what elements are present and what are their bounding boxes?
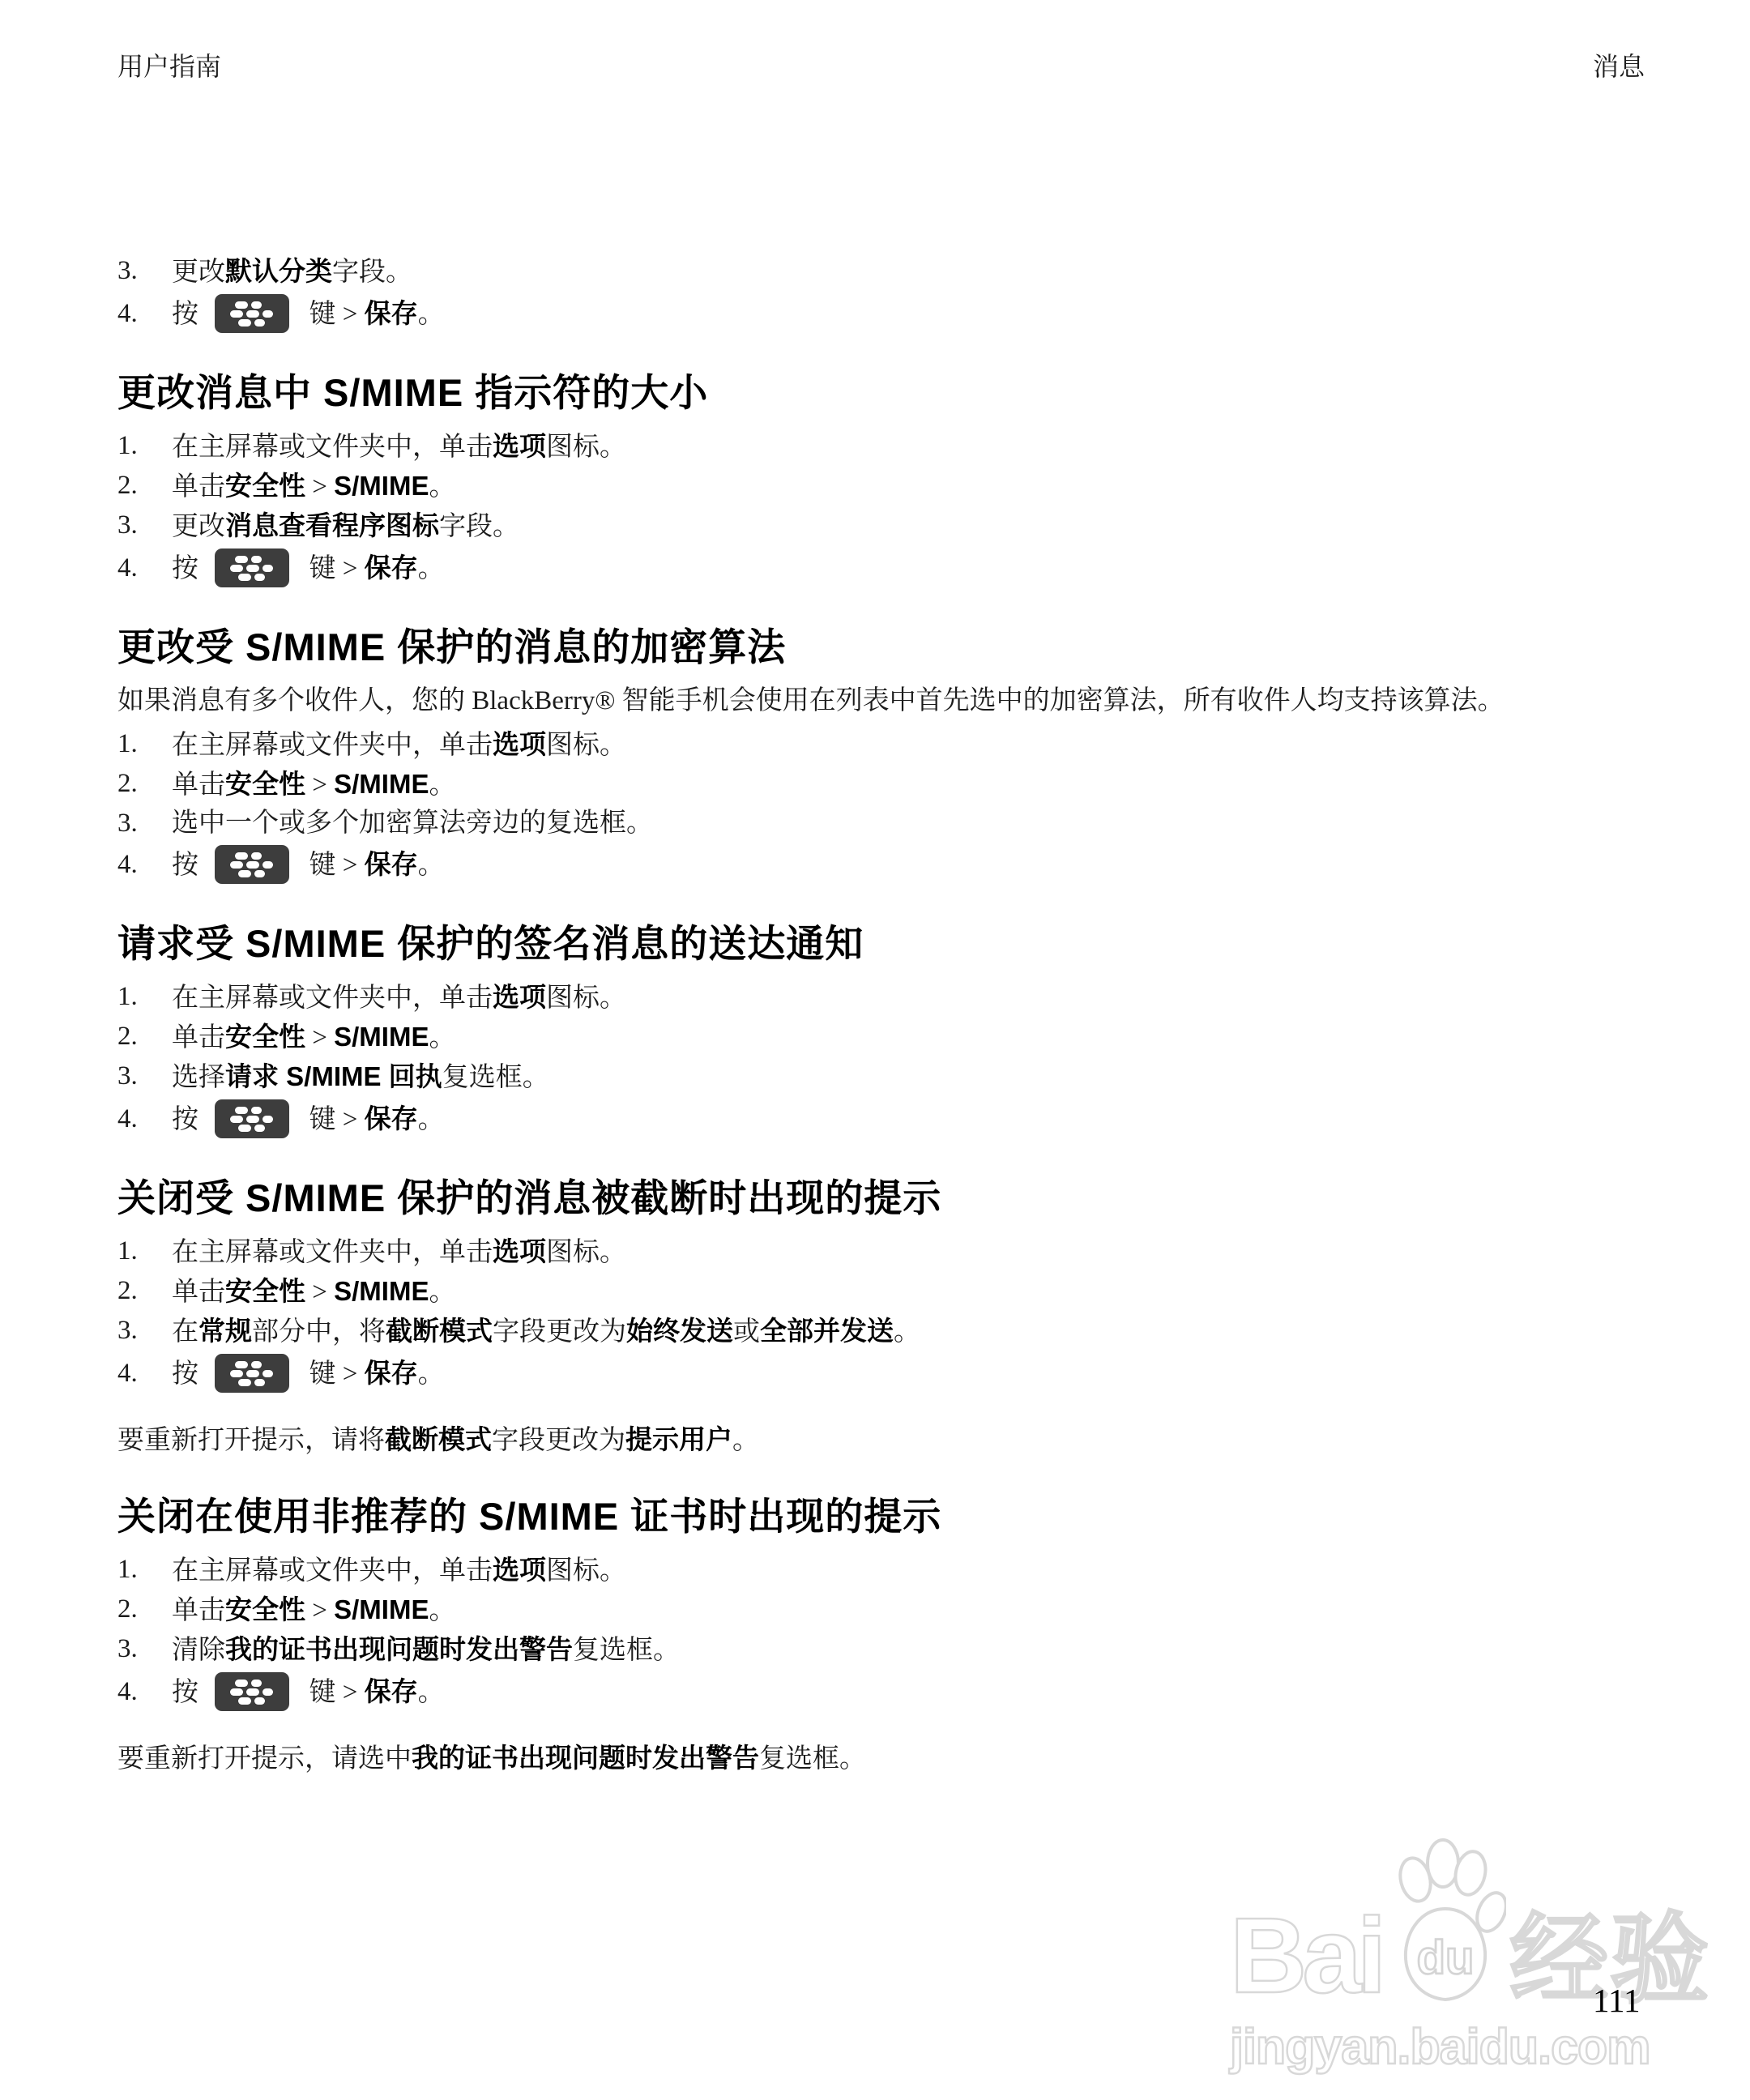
body-text: 单击 <box>172 1023 225 1052</box>
step-number: 4. <box>117 292 172 335</box>
section-heading: 请求受 S/MIME 保护的签名消息的送达通知 <box>117 921 1649 967</box>
emphasis-text: 提示用户 <box>625 1424 732 1454</box>
body-text: 。 <box>418 1105 445 1134</box>
step-number: 4. <box>117 1097 172 1141</box>
step-number: 3. <box>117 1057 172 1095</box>
emphasis-text: 安全性 <box>225 1022 305 1052</box>
list-item: 4.按 键 > 保存。 <box>117 292 1649 336</box>
step-text: 单击安全性 > S/MIME。 <box>172 765 1649 805</box>
emphasis-text: 截断模式 <box>386 1316 493 1346</box>
step-number: 2. <box>117 1272 172 1310</box>
emphasis-text: S/MIME <box>334 471 429 501</box>
step-number: 3. <box>117 805 172 843</box>
step-number: 2. <box>117 1590 172 1628</box>
list-item: 1.在主屏幕或文件夹中，单击选项图标。 <box>117 1232 1649 1272</box>
body-text: 选择 <box>172 1063 225 1092</box>
step-number: 1. <box>117 978 172 1016</box>
section-intro: 如果消息有多个收件人，您的 BlackBerry® 智能手机会使用在列表中首先选… <box>117 681 1649 720</box>
blackberry-key-icon <box>215 845 289 884</box>
emphasis-text: 安全性 <box>225 1276 305 1306</box>
body-text: 。 <box>418 1359 445 1389</box>
list-item: 2.单击安全性 > S/MIME。 <box>117 1272 1649 1312</box>
body-text: 。 <box>418 300 445 329</box>
body-text: 单击 <box>172 1596 225 1625</box>
blackberry-key-icon <box>215 1672 289 1711</box>
body-text: 单击 <box>172 770 225 800</box>
emphasis-text: 选项 <box>493 1236 546 1266</box>
emphasis-text: 选项 <box>493 431 546 461</box>
list-item: 1.在主屏幕或文件夹中，单击选项图标。 <box>117 725 1649 765</box>
emphasis-text: 始终发送 <box>626 1316 733 1346</box>
emphasis-text: 保存 <box>365 849 418 879</box>
list-item: 4.按 键 > 保存。 <box>117 546 1649 591</box>
body-text: 图标。 <box>546 731 626 760</box>
step-number: 4. <box>117 546 172 590</box>
body-text: 。 <box>894 1317 920 1347</box>
body-text: > <box>305 770 334 800</box>
body-text: 图标。 <box>546 1556 626 1586</box>
emphasis-text: 保存 <box>365 553 418 583</box>
emphasis-text: S/MIME <box>334 1022 429 1052</box>
list-item: 4.按 键 > 保存。 <box>117 1670 1649 1714</box>
section: 关闭在使用非推荐的 S/MIME 证书时出现的提示1.在主屏幕或文件夹中，单击选… <box>117 1494 1649 1778</box>
section-container: 更改消息中 S/MIME 指示符的大小1.在主屏幕或文件夹中，单击选项图标。2.… <box>117 370 1649 1778</box>
blackberry-key-icon <box>215 294 289 333</box>
page-header: 用户指南 消息 <box>117 50 1645 83</box>
body-text: 图标。 <box>546 1238 626 1267</box>
body-text: 复选框。 <box>573 1636 680 1665</box>
body-text: 按 <box>172 554 205 583</box>
body-text: 复选框。 <box>759 1744 866 1773</box>
section: 更改受 S/MIME 保护的消息的加密算法如果消息有多个收件人，您的 Black… <box>117 625 1649 887</box>
step-number: 3. <box>117 1312 172 1350</box>
emphasis-text: 截断模式 <box>385 1424 492 1454</box>
body-text: 。 <box>418 851 445 880</box>
body-text: 按 <box>172 300 205 329</box>
emphasis-text: 默认分类 <box>225 256 332 286</box>
body-text: 更改 <box>172 258 225 287</box>
step-text: 在主屏幕或文件夹中，单击选项图标。 <box>172 1551 1649 1590</box>
step-text: 清除我的证书出现问题时发出警告复选框。 <box>172 1630 1649 1670</box>
body-text: 要重新打开提示，请将 <box>117 1426 385 1455</box>
emphasis-text: 选项 <box>493 729 546 759</box>
body-text: 部分中，将 <box>252 1317 386 1347</box>
step-text: 按 键 > 保存。 <box>172 1351 1649 1396</box>
emphasis-text: 保存 <box>365 298 418 328</box>
list-item: 2.单击安全性 > S/MIME。 <box>117 467 1649 506</box>
step-text: 按 键 > 保存。 <box>172 1097 1649 1142</box>
body-text: 在 <box>172 1317 198 1347</box>
section: 更改消息中 S/MIME 指示符的大小1.在主屏幕或文件夹中，单击选项图标。2.… <box>117 370 1649 591</box>
blackberry-key-icon <box>215 548 289 587</box>
step-text: 选中一个或多个加密算法旁边的复选框。 <box>172 805 1649 843</box>
section: 关闭受 S/MIME 保护的消息被截断时出现的提示1.在主屏幕或文件夹中，单击选… <box>117 1176 1649 1460</box>
emphasis-text: 消息查看程序图标 <box>225 510 439 540</box>
body-text: > <box>305 1023 334 1052</box>
body-text: 更改 <box>172 512 225 541</box>
body-text: 按 <box>172 851 205 880</box>
step-text: 在主屏幕或文件夹中，单击选项图标。 <box>172 978 1649 1018</box>
list-item: 3.更改消息查看程序图标字段。 <box>117 506 1649 546</box>
step-text: 选择请求 S/MIME 回执复选框。 <box>172 1057 1649 1097</box>
list-item: 2.单击安全性 > S/MIME。 <box>117 765 1649 805</box>
baidu-paw-icon: du <box>1385 1837 1506 2009</box>
list-item: 1.在主屏幕或文件夹中，单击选项图标。 <box>117 978 1649 1018</box>
step-number: 1. <box>117 725 172 763</box>
step-number: 4. <box>117 1351 172 1395</box>
body-text: 单击 <box>172 1278 225 1307</box>
body-text: 图标。 <box>546 984 626 1013</box>
emphasis-text: 我的证书出现问题时发出警告 <box>412 1743 759 1773</box>
body-text: 。 <box>732 1426 759 1455</box>
body-text: 字段更改为 <box>492 1426 625 1455</box>
body-text: 。 <box>429 472 455 502</box>
body-text: 清除 <box>172 1636 225 1665</box>
emphasis-text: S/MIME <box>334 769 429 799</box>
body-text: 在主屏幕或文件夹中，单击 <box>172 433 493 462</box>
step-text: 按 键 > 保存。 <box>172 292 1649 336</box>
body-text: > <box>305 1596 334 1625</box>
emphasis-text: 安全性 <box>225 1594 305 1624</box>
body-text: 键 > <box>302 1105 364 1134</box>
blackberry-key-icon <box>215 1354 289 1393</box>
step-text: 按 键 > 保存。 <box>172 1670 1649 1714</box>
step-number: 1. <box>117 1232 172 1270</box>
body-text: 或 <box>733 1317 760 1347</box>
document-content: 3.更改默认分类字段。4.按 键 > 保存。 更改消息中 S/MIME 指示符的… <box>117 252 1649 1778</box>
section-heading: 关闭在使用非推荐的 S/MIME 证书时出现的提示 <box>117 1494 1649 1539</box>
body-text: 。 <box>429 770 455 800</box>
emphasis-text: 保存 <box>365 1676 418 1706</box>
body-text: > <box>305 472 334 502</box>
emphasis-text: 常规 <box>198 1316 252 1346</box>
list-item: 3.选中一个或多个加密算法旁边的复选框。 <box>117 805 1649 843</box>
step-number: 3. <box>117 252 172 290</box>
body-text: 字段。 <box>332 258 412 287</box>
list-item: 4.按 键 > 保存。 <box>117 843 1649 887</box>
body-text: 键 > <box>302 1678 364 1707</box>
section-note: 要重新打开提示，请将截断模式字段更改为提示用户。 <box>117 1420 1649 1460</box>
list-item: 3.清除我的证书出现问题时发出警告复选框。 <box>117 1630 1649 1670</box>
body-text: 在主屏幕或文件夹中，单击 <box>172 731 493 760</box>
body-text: 按 <box>172 1678 205 1707</box>
document-page: 用户指南 消息 Bai du 经验 jingyan.baidu.com 111 … <box>0 0 1750 2100</box>
step-number: 4. <box>117 1670 172 1714</box>
step-text: 单击安全性 > S/MIME。 <box>172 1018 1649 1057</box>
section-heading: 更改消息中 S/MIME 指示符的大小 <box>117 370 1649 416</box>
emphasis-text: 选项 <box>493 982 546 1012</box>
body-text: 在主屏幕或文件夹中，单击 <box>172 984 493 1013</box>
section-heading: 关闭受 S/MIME 保护的消息被截断时出现的提示 <box>117 1176 1649 1221</box>
step-number: 2. <box>117 1018 172 1056</box>
emphasis-text: 保存 <box>365 1103 418 1133</box>
body-text: 字段更改为 <box>493 1317 626 1347</box>
header-left-title: 用户指南 <box>117 50 221 83</box>
step-text: 更改消息查看程序图标字段。 <box>172 506 1649 546</box>
step-text: 按 键 > 保存。 <box>172 843 1649 887</box>
step-list: 1.在主屏幕或文件夹中，单击选项图标。2.单击安全性 > S/MIME。3.选中… <box>117 725 1649 887</box>
body-text: 。 <box>418 1678 445 1707</box>
body-text: 键 > <box>302 300 364 329</box>
step-text: 单击安全性 > S/MIME。 <box>172 467 1649 506</box>
watermark-bai-text: Bai <box>1230 1902 1381 2009</box>
body-text: 键 > <box>302 1359 364 1389</box>
step-list: 1.在主屏幕或文件夹中，单击选项图标。2.单击安全性 > S/MIME。3.清除… <box>117 1551 1649 1714</box>
body-text: 图标。 <box>546 433 626 462</box>
body-text: 复选框。 <box>442 1063 549 1092</box>
header-right-title: 消息 <box>1593 50 1645 83</box>
step-text: 单击安全性 > S/MIME。 <box>172 1590 1649 1630</box>
step-text: 在主屏幕或文件夹中，单击选项图标。 <box>172 1232 1649 1272</box>
list-item: 1.在主屏幕或文件夹中，单击选项图标。 <box>117 1551 1649 1590</box>
emphasis-text: 我的证书出现问题时发出警告 <box>225 1634 573 1664</box>
step-text: 按 键 > 保存。 <box>172 546 1649 591</box>
emphasis-text: 选项 <box>493 1555 546 1585</box>
list-item: 4.按 键 > 保存。 <box>117 1097 1649 1142</box>
step-number: 3. <box>117 1630 172 1668</box>
step-list: 1.在主屏幕或文件夹中，单击选项图标。2.单击安全性 > S/MIME。3.更改… <box>117 427 1649 591</box>
step-number: 2. <box>117 765 172 803</box>
watermark-logo-row: Bai du 经验 <box>1230 1837 1732 2009</box>
baidu-watermark: Bai du 经验 jingyan.baidu.com <box>1230 1837 1732 2072</box>
watermark-du-text: du <box>1417 1931 1475 1984</box>
list-item: 3.在常规部分中，将截断模式字段更改为始终发送或全部并发送。 <box>117 1312 1649 1351</box>
step-list: 1.在主屏幕或文件夹中，单击选项图标。2.单击安全性 > S/MIME。3.在常… <box>117 1232 1649 1396</box>
body-text: 。 <box>429 1278 455 1307</box>
body-text: 单击 <box>172 472 225 502</box>
list-item: 2.单击安全性 > S/MIME。 <box>117 1590 1649 1630</box>
step-list: 1.在主屏幕或文件夹中，单击选项图标。2.单击安全性 > S/MIME。3.选择… <box>117 978 1649 1142</box>
section-note: 要重新打开提示，请选中我的证书出现问题时发出警告复选框。 <box>117 1739 1649 1778</box>
list-item: 1.在主屏幕或文件夹中，单击选项图标。 <box>117 427 1649 467</box>
section-heading: 更改受 S/MIME 保护的消息的加密算法 <box>117 625 1649 670</box>
body-text: 在主屏幕或文件夹中，单击 <box>172 1238 493 1267</box>
body-text: 在主屏幕或文件夹中，单击 <box>172 1556 493 1586</box>
emphasis-text: S/MIME <box>334 1276 429 1306</box>
step-number: 2. <box>117 467 172 505</box>
step-number: 3. <box>117 506 172 544</box>
body-text: 选中一个或多个加密算法旁边的复选框。 <box>172 809 653 838</box>
step-number: 4. <box>117 843 172 886</box>
body-text: 。 <box>429 1596 455 1625</box>
body-text: 。 <box>418 554 445 583</box>
body-text: 按 <box>172 1105 205 1134</box>
watermark-site-url: jingyan.baidu.com <box>1230 2022 1732 2072</box>
list-item: 3.更改默认分类字段。 <box>117 252 1649 292</box>
emphasis-text: 保存 <box>365 1358 418 1388</box>
step-number: 1. <box>117 427 172 465</box>
body-text: 字段。 <box>439 512 519 541</box>
page-number: 111 <box>1593 1983 1640 2018</box>
emphasis-text: 请求 S/MIME 回执 <box>225 1061 442 1091</box>
step-text: 在主屏幕或文件夹中，单击选项图标。 <box>172 427 1649 467</box>
step-number: 1. <box>117 1551 172 1589</box>
blackberry-key-icon <box>215 1099 289 1138</box>
body-text: 键 > <box>302 851 364 880</box>
body-text: 。 <box>429 1023 455 1052</box>
body-text: 按 <box>172 1359 205 1389</box>
emphasis-text: 全部并发送 <box>760 1316 894 1346</box>
body-text: 要重新打开提示，请选中 <box>117 1744 412 1773</box>
list-item: 3.选择请求 S/MIME 回执复选框。 <box>117 1057 1649 1097</box>
top-step-list: 3.更改默认分类字段。4.按 键 > 保存。 <box>117 252 1649 336</box>
step-text: 在常规部分中，将截断模式字段更改为始终发送或全部并发送。 <box>172 1312 1649 1351</box>
emphasis-text: S/MIME <box>334 1594 429 1624</box>
emphasis-text: 安全性 <box>225 769 305 799</box>
list-item: 4.按 键 > 保存。 <box>117 1351 1649 1396</box>
step-text: 单击安全性 > S/MIME。 <box>172 1272 1649 1312</box>
emphasis-text: 安全性 <box>225 471 305 501</box>
body-text: 键 > <box>302 554 364 583</box>
step-text: 在主屏幕或文件夹中，单击选项图标。 <box>172 725 1649 765</box>
step-text: 更改默认分类字段。 <box>172 252 1649 292</box>
section: 请求受 S/MIME 保护的签名消息的送达通知1.在主屏幕或文件夹中，单击选项图… <box>117 921 1649 1142</box>
body-text: > <box>305 1278 334 1307</box>
list-item: 2.单击安全性 > S/MIME。 <box>117 1018 1649 1057</box>
